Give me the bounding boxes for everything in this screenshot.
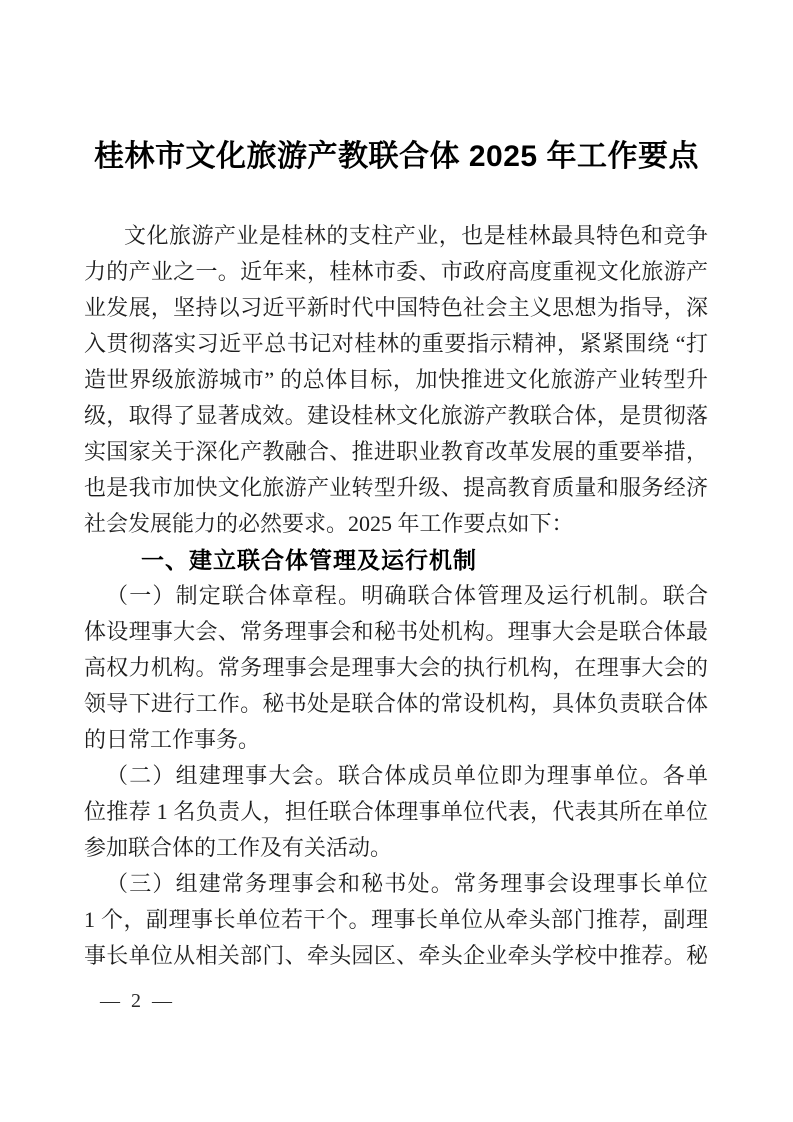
paragraph-line: 事长单位从相关部门、牵头园区、牵头企业牵头学校中推荐。秘	[84, 938, 708, 974]
paragraph-line: 力的产业之一。近年来，桂林市委、市政府高度重视文化旅游产	[84, 254, 708, 290]
section-heading: 一、建立联合体管理及运行机制	[84, 542, 708, 578]
paragraph-line: 文化旅游产业是桂林的支柱产业，也是桂林最具特色和竞争	[84, 218, 708, 254]
paragraph-line: 业发展，坚持以习近平新时代中国特色社会主义思想为指导，深	[84, 290, 708, 326]
paragraph-line: （二）组建理事大会。联合体成员单位即为理事单位。各单	[84, 758, 708, 794]
paragraph-line: 入贯彻落实习近平总书记对桂林的重要指示精神，紧紧围绕 “打	[84, 326, 708, 362]
paragraph-line: 社会发展能力的必然要求。2025 年工作要点如下：	[84, 506, 708, 542]
paragraph-line: （一）制定联合体章程。明确联合体管理及运行机制。联合	[84, 578, 708, 614]
paragraph-line: 的日常工作事务。	[84, 722, 708, 758]
paragraph-line: 实国家关于深化产教融合、推进职业教育改革发展的重要举措，	[84, 434, 708, 470]
document-body: 文化旅游产业是桂林的支柱产业，也是桂林最具特色和竞争 力的产业之一。近年来，桂林…	[84, 218, 708, 974]
paragraph-line: 参加联合体的工作及有关活动。	[84, 830, 708, 866]
paragraph-line: 也是我市加快文化旅游产业转型升级、提高教育质量和服务经济	[84, 470, 708, 506]
document-title: 桂林市文化旅游产教联合体 2025 年工作要点	[0, 133, 793, 181]
document-page: 桂林市文化旅游产教联合体 2025 年工作要点 文化旅游产业是桂林的支柱产业，也…	[0, 0, 793, 1122]
paragraph-line: 位推荐 1 名负责人，担任联合体理事单位代表，代表其所在单位	[84, 794, 708, 830]
paragraph-line: 领导下进行工作。秘书处是联合体的常设机构，具体负责联合体	[84, 686, 708, 722]
paragraph-line: 体设理事大会、常务理事会和秘书处机构。理事大会是联合体最	[84, 614, 708, 650]
paragraph-line: 高权力机构。常务理事会是理事大会的执行机构，在理事大会的	[84, 650, 708, 686]
paragraph-line: 1 个，副理事长单位若干个。理事长单位从牵头部门推荐，副理	[84, 902, 708, 938]
page-number: — 2 —	[100, 988, 175, 1014]
paragraph-line: （三）组建常务理事会和秘书处。常务理事会设理事长单位	[84, 866, 708, 902]
paragraph-line: 级，取得了显著成效。建设桂林文化旅游产教联合体，是贯彻落	[84, 398, 708, 434]
paragraph-line: 造世界级旅游城市” 的总体目标，加快推进文化旅游产业转型升	[84, 362, 708, 398]
